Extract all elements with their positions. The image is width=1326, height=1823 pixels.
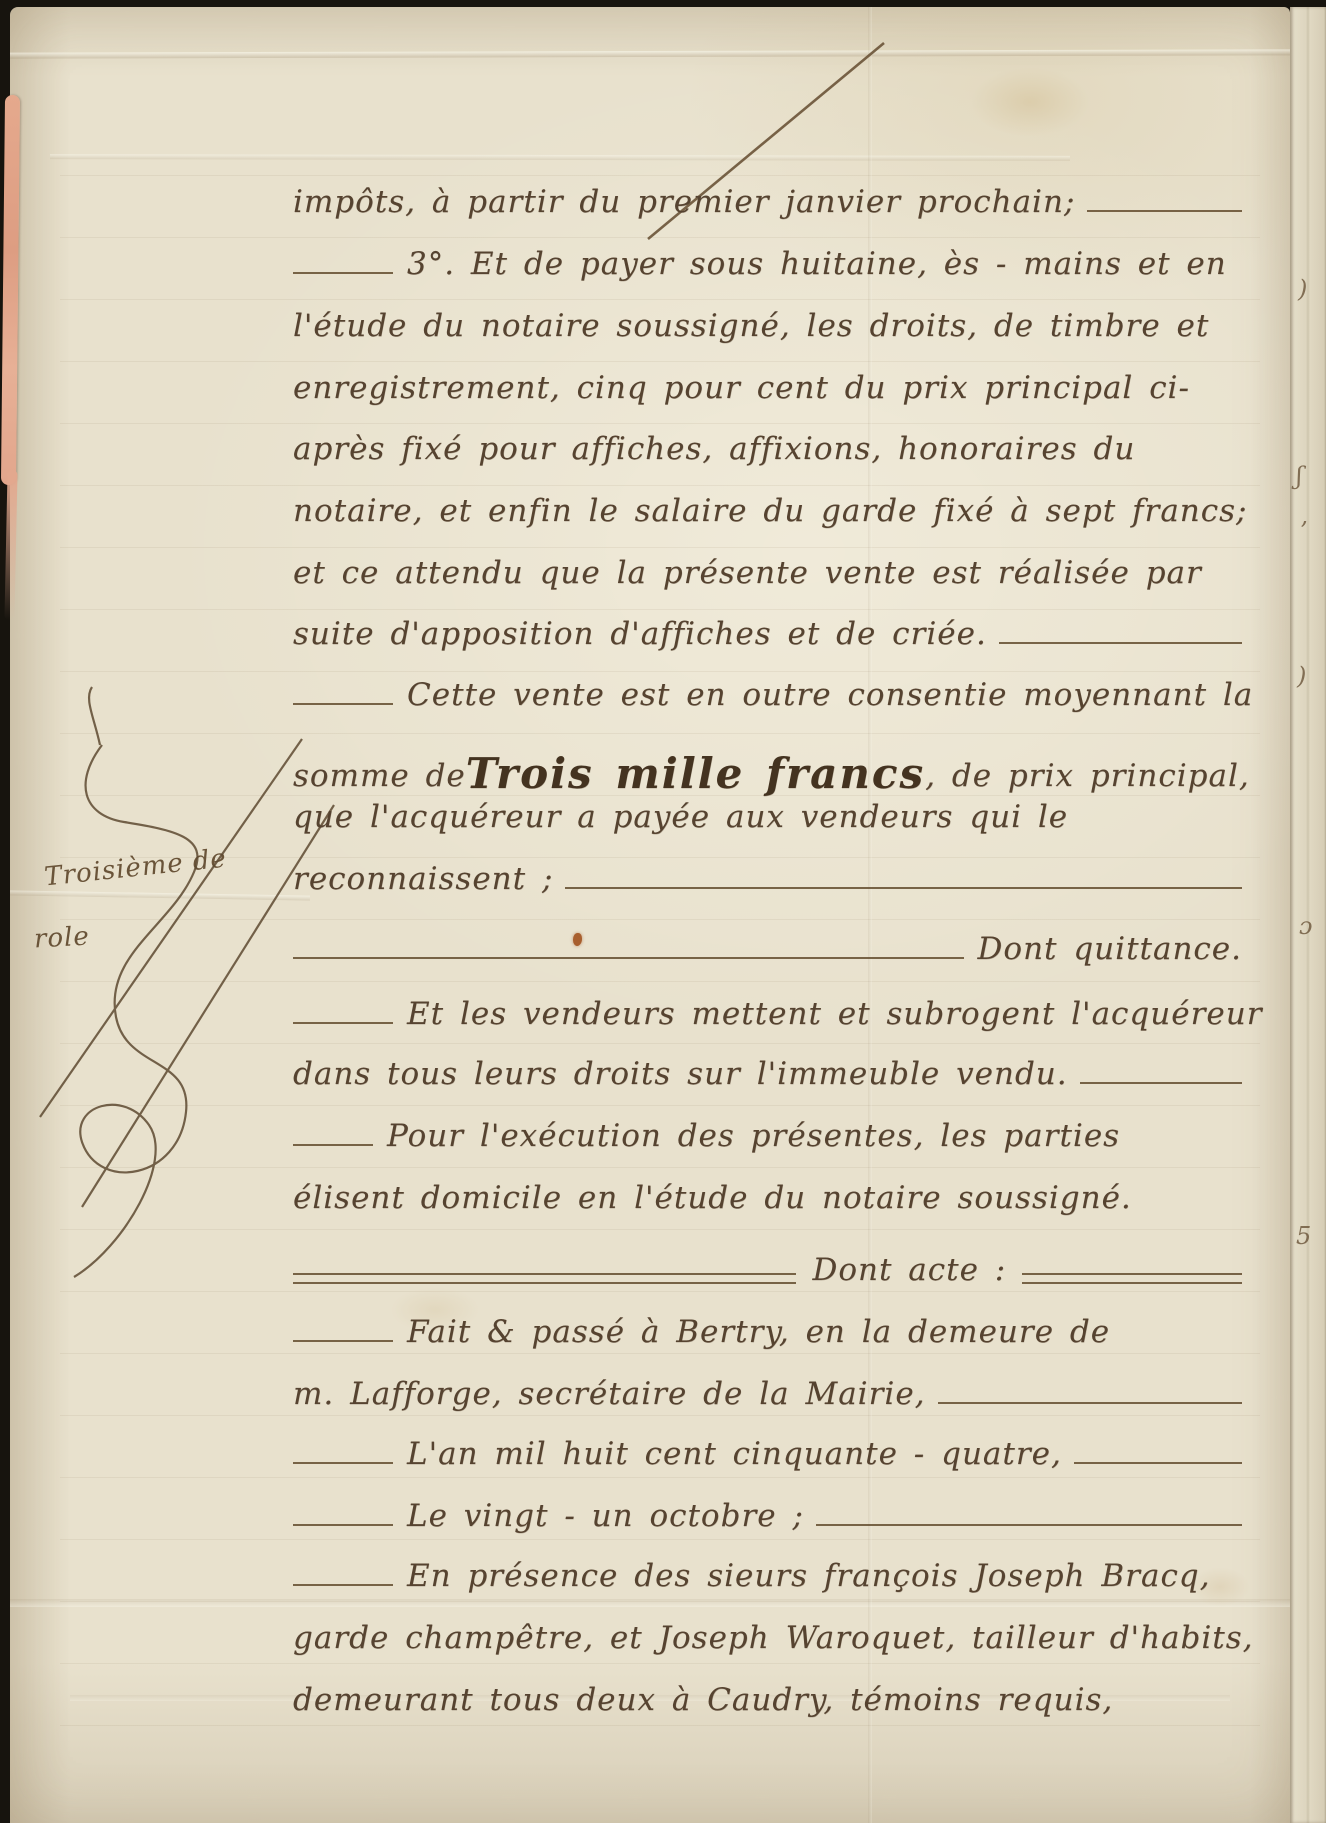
ink-rule — [293, 1462, 393, 1464]
line-text: demeurant tous deux à Caudry, témoins re… — [293, 1683, 1113, 1719]
line-text: L'an mil huit cent cinquante - quatre, — [407, 1437, 1062, 1473]
handwritten-line: notaire, et enfin le salaire du garde fi… — [293, 494, 1242, 530]
line-text: et ce attendu que la présente vente est … — [293, 556, 1202, 592]
line-text: , de prix principal, — [925, 759, 1250, 795]
line-text: après fixé pour affiches, affixions, hon… — [293, 432, 1135, 468]
ink-rule — [1080, 1082, 1242, 1084]
handwritten-line: après fixé pour affiches, affixions, hon… — [293, 432, 1242, 468]
paper-page: Troisième de role impôts, à partir du pr… — [10, 7, 1290, 1823]
handwritten-line: Pour l'exécution des présentes, les part… — [293, 1119, 1242, 1155]
handwritten-line: élisent domicile en l'étude du notaire s… — [293, 1181, 1242, 1217]
line-text-emphasis: Trois mille francs — [466, 753, 925, 795]
line-text: enregistrement, cinq pour cent du prix p… — [293, 371, 1190, 407]
ink-fragment: ʃ — [1296, 462, 1303, 490]
document-scan: Troisième de role impôts, à partir du pr… — [0, 0, 1326, 1823]
handwritten-line: suite d'apposition d'affiches et de crié… — [293, 617, 1242, 653]
handwritten-line: Le vingt - un octobre ; — [293, 1499, 1242, 1535]
handwritten-line: Et les vendeurs mettent et subrogent l'a… — [293, 997, 1242, 1033]
ink-rule — [816, 1524, 1242, 1526]
ink-fragment: ’ — [1300, 517, 1308, 545]
line-text: reconnaissent ; — [293, 862, 553, 898]
ink-fragment: 5 — [1296, 1222, 1311, 1250]
handwritten-line: et ce attendu que la présente vente est … — [293, 556, 1242, 592]
handwritten-line: garde champêtre, et Joseph Waroquet, tai… — [293, 1621, 1242, 1657]
ink-rule — [293, 703, 393, 705]
ink-fragment: ɔ — [1299, 912, 1312, 940]
line-text: que l'acquéreur a payée aux vendeurs qui… — [293, 800, 1068, 836]
handwritten-line: En présence des sieurs françois Joseph B… — [293, 1559, 1242, 1595]
ink-fragment: ) — [1298, 275, 1307, 303]
line-text: élisent domicile en l'étude du notaire s… — [293, 1181, 1132, 1217]
ink-rule — [293, 1524, 393, 1526]
pen-slash-mark — [630, 27, 930, 257]
handwritten-line: reconnaissent ; — [293, 862, 1242, 898]
line-text: suite d'apposition d'affiches et de crié… — [293, 617, 987, 653]
line-text: 3°. Et de payer sous huitaine, ès - main… — [407, 247, 1227, 283]
handwritten-line: m. Lafforge, secrétaire de la Mairie, — [293, 1377, 1242, 1413]
ink-fragment: ) — [1297, 662, 1306, 690]
line-text: m. Lafforge, secrétaire de la Mairie, — [293, 1377, 926, 1413]
line-text: En présence des sieurs françois Joseph B… — [407, 1559, 1211, 1595]
handwritten-line: Dont acte : — [293, 1253, 1242, 1289]
handwritten-line: Dont quittance. — [293, 932, 1242, 968]
line-text: Pour l'exécution des présentes, les part… — [387, 1119, 1120, 1155]
ink-rule — [293, 1022, 393, 1024]
line-text: notaire, et enfin le salaire du garde fi… — [293, 494, 1248, 530]
handwritten-line: Cette vente est en outre consentie moyen… — [293, 678, 1242, 714]
paper-crease — [10, 1599, 1290, 1607]
handwritten-line: que l'acquéreur a payée aux vendeurs qui… — [293, 800, 1242, 836]
line-text: Cette vente est en outre consentie moyen… — [407, 678, 1253, 714]
handwritten-line: l'étude du notaire soussigné, les droits… — [293, 309, 1242, 345]
line-text: dans tous leurs droits sur l'immeuble ve… — [293, 1057, 1068, 1093]
next-page-edge-strip: ) ʃ ’ ) ɔ 5 — [1290, 7, 1326, 1823]
line-text: garde champêtre, et Joseph Waroquet, tai… — [293, 1621, 1254, 1657]
handwritten-line: dans tous leurs droits sur l'immeuble ve… — [293, 1057, 1242, 1093]
ink-rule — [1087, 210, 1242, 212]
ink-rule — [293, 272, 393, 274]
line-text: somme de — [293, 759, 466, 795]
handwritten-line: enregistrement, cinq pour cent du prix p… — [293, 371, 1242, 407]
handwritten-line: Fait & passé à Bertry, en la demeure de — [293, 1315, 1242, 1351]
handwritten-line: demeurant tous deux à Caudry, témoins re… — [293, 1683, 1242, 1719]
handwritten-line: 3°. Et de payer sous huitaine, ès - main… — [293, 247, 1242, 283]
ink-rule — [293, 1144, 373, 1146]
ink-double-rule — [293, 1273, 796, 1284]
stain — [970, 67, 1090, 137]
line-text: Fait & passé à Bertry, en la demeure de — [407, 1315, 1110, 1351]
line-text: Dont quittance. — [978, 932, 1242, 968]
ink-rule — [293, 1584, 393, 1586]
ink-double-rule — [1022, 1273, 1242, 1284]
handwritten-line: somme de Trois mille francs, de prix pri… — [293, 733, 1242, 795]
ink-rule — [999, 642, 1242, 644]
handwritten-line: impôts, à partir du premier janvier proc… — [293, 185, 1242, 221]
ink-rule — [938, 1402, 1242, 1404]
ink-rule — [293, 1340, 393, 1342]
ink-rule — [1074, 1462, 1242, 1464]
ink-rule — [565, 887, 1242, 889]
line-text: Et les vendeurs mettent et subrogent l'a… — [407, 997, 1263, 1033]
handwritten-line: L'an mil huit cent cinquante - quatre, — [293, 1437, 1242, 1473]
line-text: Le vingt - un octobre ; — [407, 1499, 804, 1535]
line-text: Dont acte : — [812, 1253, 1006, 1289]
line-text: impôts, à partir du premier janvier proc… — [293, 185, 1075, 221]
ink-rule — [293, 957, 964, 959]
line-text: l'étude du notaire soussigné, les droits… — [293, 309, 1209, 345]
